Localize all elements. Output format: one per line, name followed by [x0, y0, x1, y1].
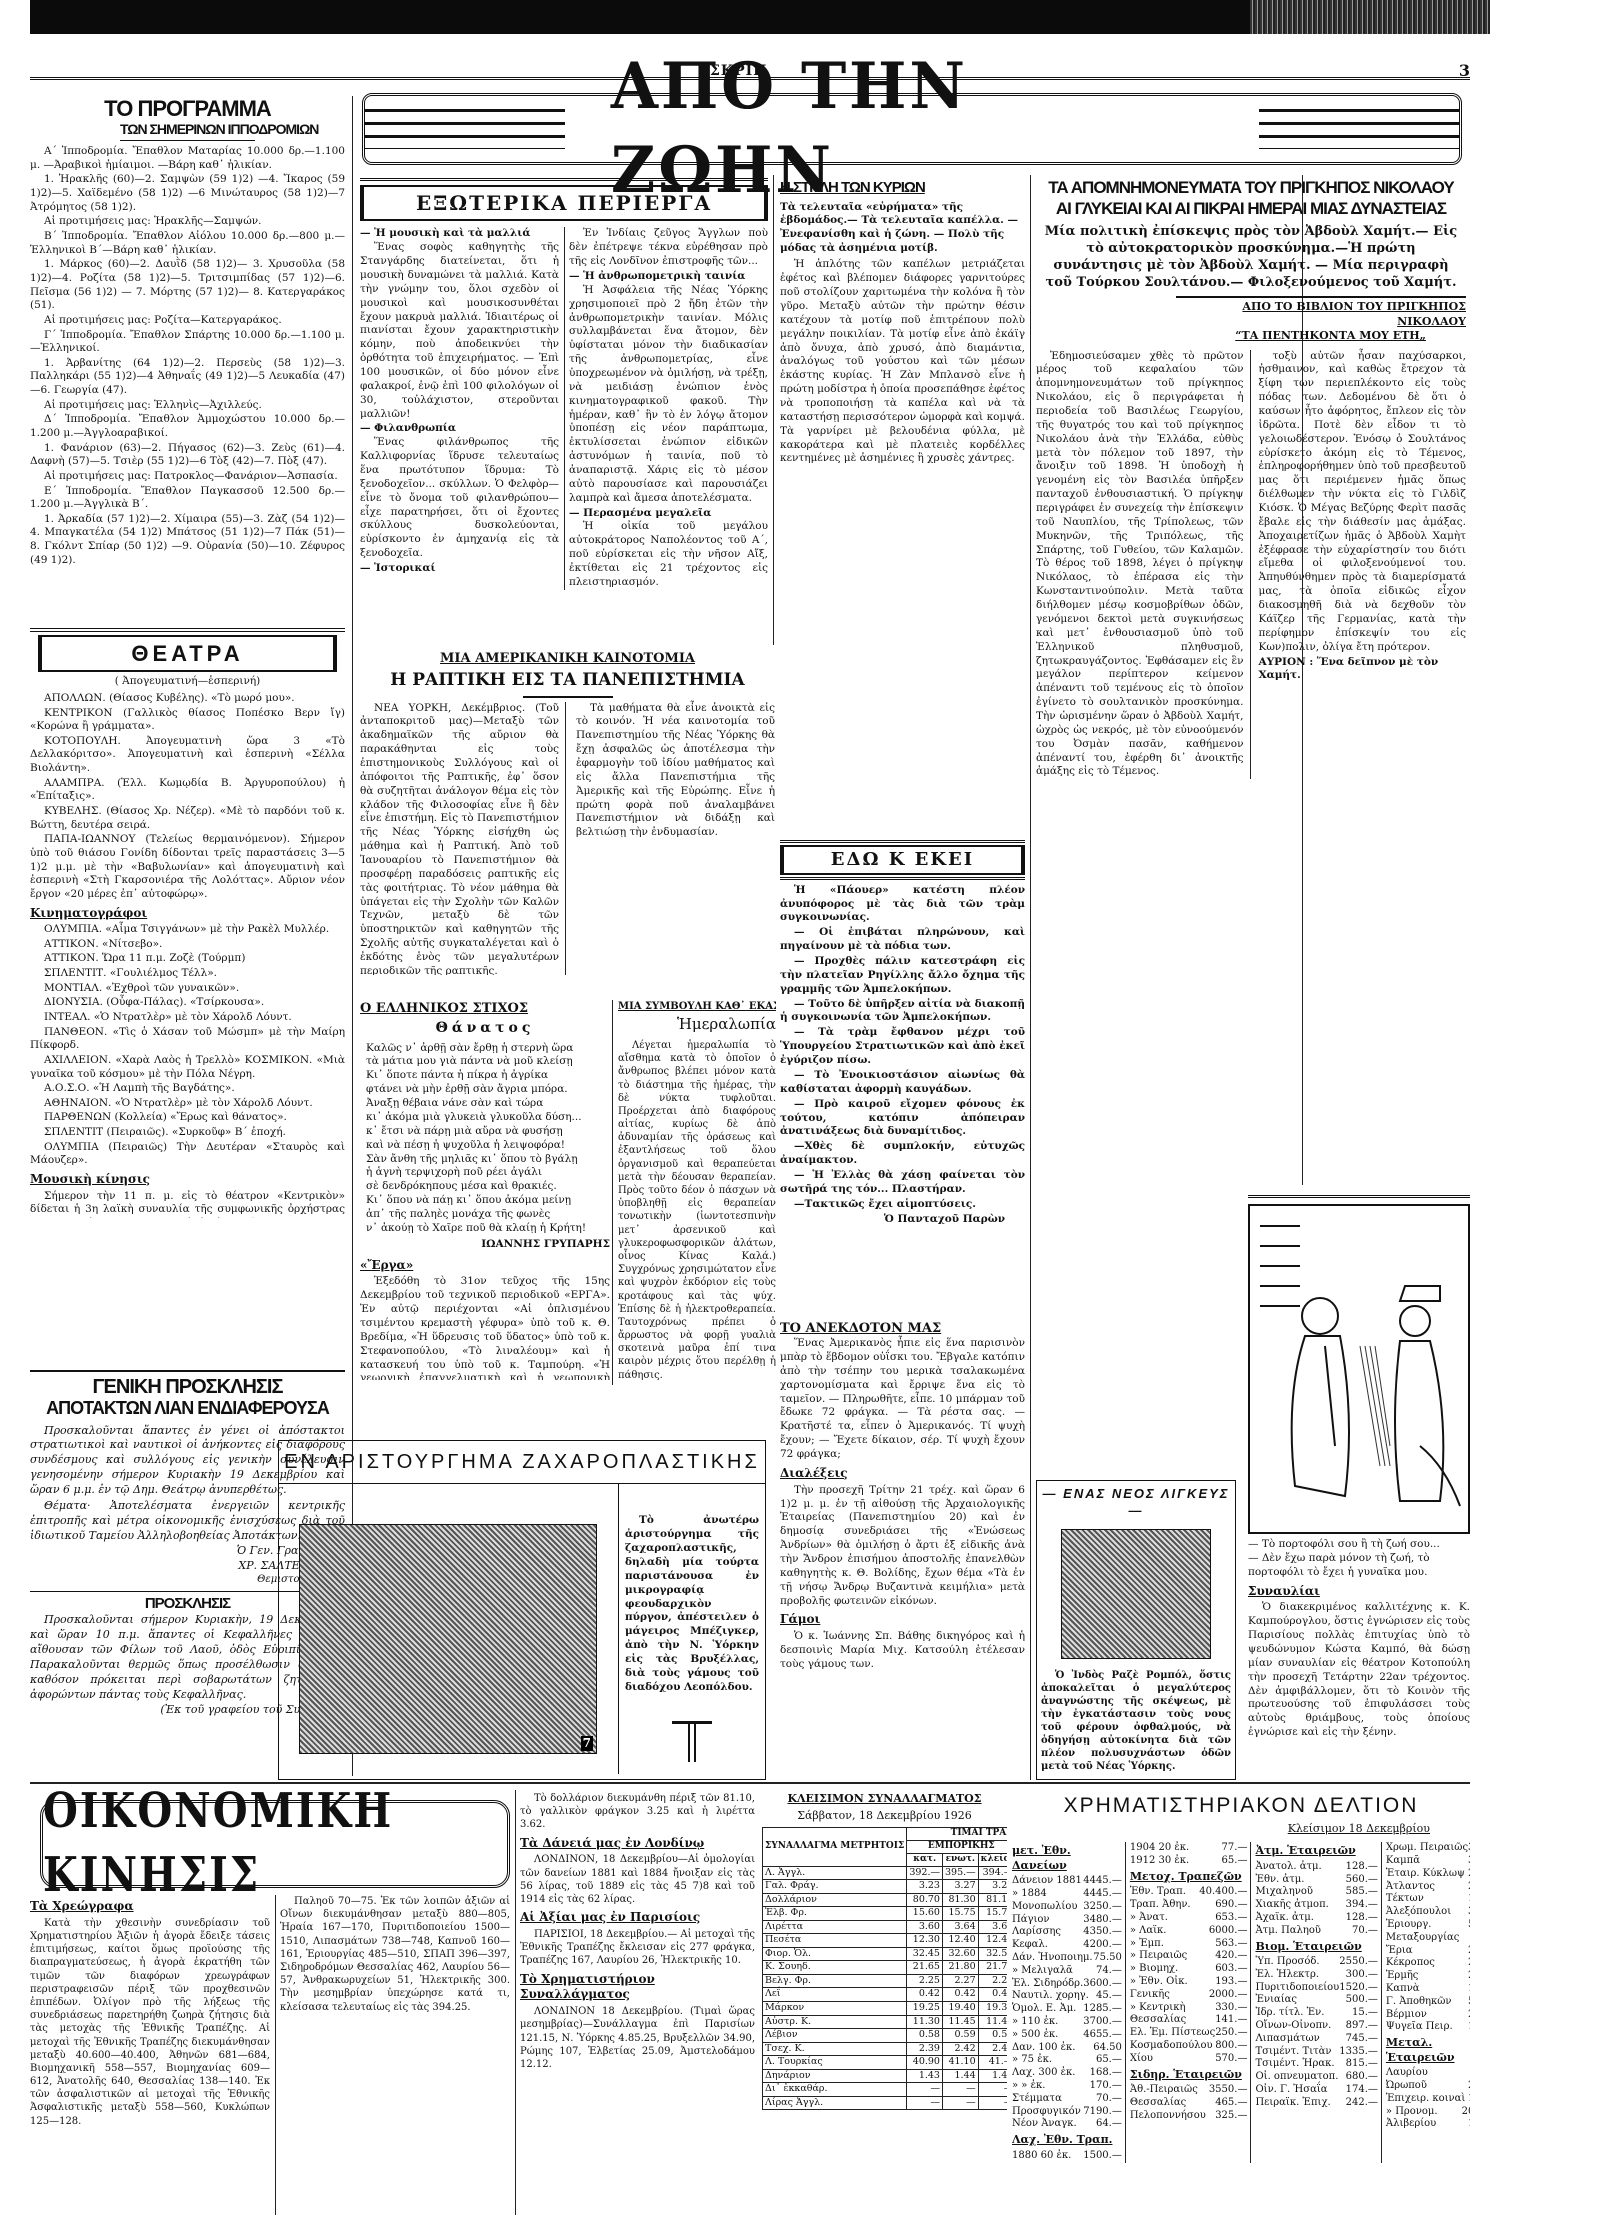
stock-name: Μεταξουργίας [1386, 1932, 1459, 1945]
stock-name: Χιακῆς ἀτμοπ. [1255, 1899, 1328, 1912]
fx-row: Λεΐ0.420.420.420.400.41 [763, 1988, 1008, 2002]
fx-cell: 11.45 [942, 2015, 978, 2029]
fx-date: Σάββατον, 18 Δεκεμβρίου 1926 [762, 1809, 1007, 1824]
fx-col-header: κατ. [907, 1853, 943, 1866]
fx-row: Φιορ. Ὁλ.32.4532.6032.5532.1432.36 [763, 1947, 1008, 1961]
stock-price: 250.— [1215, 2027, 1247, 2040]
curiosity-text: Ἐν Ἰνδίαις ζεῦγος Ἄγγλων ποὺ δὲν ἐπέτρεψ… [569, 227, 768, 269]
stock-price: 141.— [1215, 2014, 1247, 2027]
race-paragraph: 1. Μάρκος (60)—2. Δαυῒδ (58 1)2)— 3. Χρυ… [30, 258, 345, 313]
cinema-entry: ΟΛΥΜΠΙΑ. «Αἷμα Τσιγγάνων» μὲ τὴν Ρακὲλ Μ… [30, 923, 345, 937]
theatres-column: ΘΕΑΤΡΑ ( Ἀπογευματινή—ἑσπερινή) ΑΠΟΛΛΩΝ.… [30, 628, 345, 1218]
stock-name: Κέκροπος [1386, 1957, 1435, 1970]
stock-row: Μιχαληνοῦ585.— [1255, 1886, 1377, 1899]
stock-price: 343.— [1468, 1842, 1470, 1855]
stock-row: » Μελιγαλᾶ74.— [1012, 1965, 1122, 1978]
stock-name: Μιχαληνοῦ [1255, 1886, 1312, 1899]
stock-name: Ὑπ. Προσόδ. [1255, 1956, 1319, 1969]
stock-price: 570.— [1215, 2053, 1247, 2066]
music-header: Μουσικὴ κίνησις [30, 1172, 345, 1188]
memoirs-text-col2: τοξὺ αὐτῶν ἦσαν παχύσαρκοι, ἠσθμαινον, κ… [1259, 350, 1467, 655]
fx-cell: 0.58 [907, 2029, 943, 2043]
stock-group-header: Λαχ. Ἐθν. Τραπ. [1012, 2133, 1122, 2148]
stock-name: Γ. Ἀποθηκῶν [1386, 1996, 1452, 2009]
sewing-kicker: ΜΙΑ ΑΜΕΡΙΚΑΝΙΚΗ ΚΑΙΝΟΤΟΜΙΑ [360, 650, 775, 667]
stock-name: Ἀτλαντος [1386, 1881, 1435, 1894]
poem-author: ΙΩΑΝΝΗΣ ΓΡΥΠΑΡΗΣ [366, 1238, 610, 1252]
stock-name: » 1884 [1012, 1888, 1047, 1901]
stock-price: 65.— [1222, 1855, 1248, 1868]
stock-row: Ἀθ.-Πειραιῶς3550.— [1130, 2084, 1248, 2097]
banner-rule-right [1259, 109, 1459, 149]
stock-price: 168.— [1090, 2067, 1122, 2080]
stock-row: Ὁμολ. Ε. Ἀμ.1285.— [1012, 2003, 1122, 2016]
bonds-header: Τὰ Χρεώγραφα [30, 1899, 270, 1915]
stock-row: Λαυρίου57.— [1386, 2067, 1470, 2080]
stock-name: Λαυρίου [1386, 2067, 1428, 2080]
lynceus-text: Ὁ Ἰνδὸς Ραζὲ Ρομπόλ, ὅστις ἀποκαλεῖται ὁ… [1041, 1669, 1231, 1773]
stock-row: Ἐθν. Τραπ.40.400.— [1130, 1886, 1248, 1899]
stock-name: Δάνειον 1881 [1012, 1875, 1082, 1888]
memoirs-title: ΤΑ ΑΠΟΜΝΗΜΟΝΕΥΜΑΤΑ ΤΟΥ ΠΡΙΓΚΗΠΟΣ ΝΙΚΟΛΑΟ… [1036, 178, 1466, 198]
poem-line: κ᾽ ἔτσι νὰ πάρῃ μιὰ αὔρα νὰ φυσήσῃ [366, 1125, 610, 1139]
fx-cell: 2.42 [942, 2042, 978, 2056]
stock-name: Λιπασμάτων [1255, 2033, 1319, 2046]
fx-cell: 2.39 [907, 2042, 943, 2056]
stock-price: 70.— [1352, 1925, 1378, 1938]
stock-price: 210.— [1468, 1945, 1470, 1958]
fx-cell: Βελγ. Φρ. [763, 1974, 907, 1988]
stock-name: Προσφυγικόν [1012, 2106, 1081, 2119]
fx-cell: Αὐστρ. Κ. [763, 2015, 907, 2029]
stock-row: Ὑπ. Προσόδ.2550.— [1255, 1956, 1377, 1969]
stock-price: 465.— [1215, 2097, 1247, 2110]
stock-price: 3250.— [1083, 1901, 1122, 1914]
here-there-line: — Οἱ ἐπιβάται πληρώνουν, καὶ πηγαίνουν μ… [780, 926, 1025, 954]
stock-row: Οἰν. Γ. Ἠσαΐα174.— [1255, 2084, 1377, 2097]
stock-price: 146.— [1468, 2118, 1470, 2131]
fx-cell: Λέβιον [763, 2029, 907, 2043]
stock-name: » Ἐθν. Οἰκ. [1130, 1976, 1188, 1989]
stock-name: Χίου [1130, 2053, 1153, 2066]
economy-banner: ΟΙΚΟΝΟΜΙΚΗ ΚΙΝΗΣΙΣ [40, 1800, 510, 1888]
fx-table: ΣΥΝΑΛΛΑΓΜΑ ΜΕΤΡΗΤΟΙΣ ΤΙΜΑΙ ΤΡΑΠΕΖΩΝ ΕΜΠΟ… [762, 1827, 1007, 2110]
poem-line: Σὰν ἄνθη τῆς μηλιᾶς κι᾽ ὅπου τὸ βγάλῃ [366, 1153, 610, 1167]
stock-name: Λαχ. 300 ἐκ. [1012, 2067, 1075, 2080]
cartoon-section: — Τὸ πορτοφόλι σου ἢ τὴ ζωή σου... — Δὲν… [1248, 1195, 1470, 1780]
currency-exchange-header: Τὸ Χρηματιστήριον Συναλλάγματος [520, 1972, 755, 2004]
fx-cell: 0.42 [907, 1988, 943, 2002]
stock-row: Πειραϊκ. Ἐπιχ.242.— [1255, 2097, 1377, 2110]
fx-cell: 12.40 [978, 1934, 1007, 1948]
stock-row: Ἐπιχειρ. κοιναὶ111.— [1386, 2093, 1470, 2106]
stock-price: 70.— [1096, 2093, 1122, 2106]
stock-price: 680.— [1346, 2071, 1378, 2084]
stock-price: 1520.— [1339, 1982, 1378, 1995]
fx-cell: Γαλ. Φράγ. [763, 1880, 907, 1894]
stock-row: Ἀνατολ. ἀτμ.128.— [1255, 1861, 1377, 1874]
stock-name: Οἰν. Γ. Ἠσαΐα [1255, 2084, 1327, 2097]
fx-cell: Μάρκον [763, 2001, 907, 2015]
stock-row: 1904 20 ἐκ.77.— [1130, 1842, 1248, 1855]
stock-price: 1335.— [1339, 2046, 1378, 2059]
anecdote-text: Ἕνας Ἀμερικανὸς ἦπιε εἰς ἕνα παρισινὸν μ… [780, 1337, 1025, 1462]
cinema-entry: ΣΠΛΕΝΤΙΤ (Πειραιῶς). «Συρκοῦφ» Β΄ ἐποχή. [30, 1126, 345, 1140]
theatres-subtitle: ( Ἀπογευματινή—ἑσπερινή) [30, 675, 345, 689]
stock-price: 128.— [1346, 1912, 1378, 1925]
page-number: 3 [1459, 60, 1470, 81]
stock-row: » Ἐμπ.563.— [1130, 1938, 1248, 1951]
stock-row: » Λαϊκ.6000.— [1130, 1925, 1248, 1938]
stock-row: Πελοποννήσου325.— [1130, 2110, 1248, 2123]
stock-name: Δάν. Ἡνοποιημ. [1012, 1952, 1093, 1965]
sewing-text-col1: ΝΕΑ ΥΟΡΚΗ, Δεκέμβριος. (Τοῦ ἀνταποκριτοῦ… [360, 702, 566, 975]
fx-cell: 394.— [978, 1866, 1007, 1880]
poem-line: κι᾽ ἀκόμα μιὰ γλυκειὰ γλυκοῦλα δύση... [366, 1111, 610, 1125]
curiosity-title: — Ἡ μουσικὴ καὶ τὰ μαλλιά [360, 227, 559, 241]
column-rule [1030, 175, 1031, 1780]
stock-row: Κεφαλ.4200.— [1012, 1939, 1122, 1952]
theatre-entry: ΠΑΠΑ-ΙΩΑΝΝΟΥ (Τελείως θερμαινόμενον). Σή… [30, 833, 345, 901]
race-paragraph: Αἱ προτιμήσεις μας: Ἑλληνὶς—Ἀχιλλεύς. [30, 399, 345, 413]
stock-price: 75.50 [1093, 1952, 1122, 1965]
fx-row: Κ. Σουηδ.21.6521.8021.7521.4821.64 [763, 1961, 1008, 1975]
fx-row: Ἑλβ. Φρ.15.6015.7515.7015.5415.67 [763, 1907, 1008, 1921]
stock-name: Γενικῆς [1130, 1989, 1170, 2002]
fx-row: Πεσέτα12.3012.4012.4012.2412.35 [763, 1934, 1008, 1948]
stock-name: Πάγιον [1012, 1914, 1049, 1927]
stock-price: 3600.— [1083, 1978, 1122, 1991]
stock-price: 7190.— [1083, 2106, 1122, 2119]
fx-row: Λιρέττα3.603.643.623.583.60 [763, 1920, 1008, 1934]
stock-row: Λιπασμάτων745.— [1255, 2033, 1377, 2046]
fx-cell: 1.44 [942, 2069, 978, 2083]
stock-row: » Πειραιῶς420.— [1130, 1950, 1248, 1963]
fx-cell: 12.40 [942, 1934, 978, 1948]
stock-price: 225.— [1468, 1957, 1470, 1970]
stock-price: 500.— [1468, 1996, 1470, 2009]
stock-row: Χίου570.— [1130, 2053, 1248, 2066]
stock-price: 300.— [1346, 1969, 1378, 1982]
stock-price: 158.— [1468, 1983, 1470, 1996]
concerts-header: Συναυλίαι [1248, 1584, 1470, 1600]
london-text: ΛΟΝΔΙΝΟΝ, 18 Δεκεμβρίου—Αἱ ὁμολογίαι τῶν… [520, 1853, 755, 1906]
cinema-entry: ΑΤΤΙΚΟΝ. Ὥρα 11 π.μ. Ζοζὲ (Τούρμπ) [30, 952, 345, 966]
theatre-entry: ΚΕΝΤΡΙΚΟΝ (Γαλλικὸς θίασος Ποπέσκο Βερν … [30, 707, 345, 734]
advice-title: Ἡμεραλωπία [618, 1015, 776, 1035]
theatre-entry: ΚΥΒΕΛΗΣ. (Θίασος Χρ. Νέζερ). «Μὲ τὸ παρδ… [30, 805, 345, 832]
stock-price: 603.— [1215, 1963, 1247, 1976]
stock-name: » Ἐμπ. [1130, 1938, 1164, 1951]
stock-row: Δάνειον 18814445.— [1012, 1875, 1122, 1888]
stock-name: Ἀλεξόπουλοι [1386, 1906, 1451, 1919]
stock-row: » Κεντρικὴ330.— [1130, 2002, 1248, 2015]
stock-price: 745.— [1346, 2033, 1378, 2046]
stock-group-header: Βιομ. Ἑταιρειῶν [1255, 1940, 1377, 1955]
stock-name: Πελοποννήσου [1130, 2110, 1206, 2123]
stock-price: 653.— [1215, 1912, 1247, 1925]
stock-row: Ἐλ. Ἠλεκτρ.300.— [1255, 1969, 1377, 1982]
curiosity-text: Ἕνας σοφὸς καθηγητὴς τῆς Στανγάρδης διατ… [360, 241, 559, 421]
fx-cell: 1.44 [978, 2069, 1007, 2083]
stock-col-4: Χρωμ. Πειραιῶς343.—Καμπᾶ346.—Ἑταιρ. Κύκλ… [1386, 1842, 1470, 2162]
races-title: ΤΟ ΠΡΟΓΡΑΜΜΑ [30, 98, 345, 120]
verse-header: Ο ΕΛΛΗΝΙΚΟΣ ΣΤΙΧΟΣ [360, 1000, 610, 1017]
fx-cell: Τσεχ. Κ. [763, 2042, 907, 2056]
races-subtitle: ΤΩΝ ΣΗΜΕΡΙΝΩΝ ΙΠΠΟΔΡΟΜΙΩΝ [120, 120, 255, 141]
stock-name: Πυριτιδοποιείου [1255, 1982, 1339, 1995]
stock-name: Οἴνων-Οἰνοπν. [1255, 2020, 1331, 2033]
fx-cell: Δολλάριον [763, 1893, 907, 1907]
weddings-header: Γάμοι [780, 1612, 1025, 1628]
column-rule [515, 1790, 516, 2215]
fx-cell: 2.27 [978, 1974, 1007, 1988]
stock-row: Θεσσαλίας141.— [1130, 2014, 1248, 2027]
fx-cell: Φιορ. Ὁλ. [763, 1947, 907, 1961]
stock-price: 265.— [1468, 1881, 1470, 1894]
memoirs-deck: Μία πολιτικὴ ἐπίσκεψις πρὸς τὸν Ἀβδοὺλ Χ… [1044, 224, 1458, 292]
stock-name: Ἐλ. Σιδηρόδρ. [1012, 1978, 1083, 1991]
sewing-article: ΜΙΑ ΑΜΕΡΙΚΑΝΙΚΗ ΚΑΙΝΟΤΟΜΙΑ Η ΡΑΠΤΙΚΗ ΕΙΣ… [360, 650, 775, 975]
poem-line: Κι᾽ ὅποτε πάντα ἡ πίκρα ἡ ἀγρίκα [366, 1069, 610, 1083]
fx-row: Δι᾽ ἐκκαθάρ.————— [763, 2083, 1008, 2097]
stock-price: 500.— [1346, 1994, 1378, 2007]
race-paragraph: Αἱ προτιμήσεις μας: Ροζίτα—Κατεργαράκος. [30, 314, 345, 328]
race-paragraph: 1. Ἀρκαδία (57 1)2)—2. Χίμαιρα (55)—3. Ζ… [30, 513, 345, 568]
stock-name: 1912 30 ἐκ. [1130, 1855, 1189, 1868]
stock-price: 77.— [1222, 1842, 1248, 1855]
works-text: Ἐξεδόθη τὸ 31ον τεῦχος τῆς 15ης Δεκεμβρί… [360, 1275, 610, 1380]
stock-name: Οἰ. οπνευματοπ. [1255, 2071, 1338, 2084]
fx-cell: 15.75 [942, 1907, 978, 1921]
stock-closing: Κλείσιμον 18 Δεκεμβρίου [1012, 1822, 1430, 1837]
fx-cell: 15.60 [907, 1907, 943, 1921]
here-there-line: — Προχθὲς πάλιν κατεστράφη εἰς τὴν πλατε… [780, 955, 1025, 997]
race-paragraph: Α΄ Ἱπποδρομία. Ἔπαθλον Ματαρίας 10.000 δ… [30, 145, 345, 172]
robber-cartoon-icon [1250, 1206, 1468, 1532]
cinema-header: Κινηματογράφοι [30, 906, 345, 922]
fx-row: Αὐστρ. Κ.11.3011.4511.4011.3211.44 [763, 2015, 1008, 2029]
curiosity-text: Ἡ οἰκία τοῦ μεγάλου αὐτοκράτορος Ναπολέο… [569, 520, 768, 589]
stock-row: » » ἐκ.170.— [1012, 2080, 1122, 2093]
stock-price: 4200.— [1083, 1939, 1122, 1952]
stock-name: » » ἐκ. [1012, 2080, 1045, 2093]
stock-name: Τσιμέντ. Τιτὰν [1255, 2046, 1331, 2059]
fx-cell: Λ. Τουρκίας [763, 2056, 907, 2070]
fx-row: Βελγ. Φρ.2.252.272.272.232.25 [763, 1974, 1008, 1988]
stock-name: Στέμματα [1012, 2093, 1062, 2106]
stock-name: Ἐπιχειρ. κοιναὶ [1386, 2093, 1465, 2106]
economy-col2-text: Παληοῦ 70—75. Ἐκ τῶν λοιπῶν ἀξιῶν αἱ Οἴν… [280, 1895, 510, 2014]
stock-name: » Λαϊκ. [1130, 1925, 1167, 1938]
poem-line: Ἀναξῃ θέβαια νάνε σὰν καὶ τώρα [366, 1097, 610, 1111]
fx-cell: 2.25 [907, 1974, 943, 1988]
fx-cell: 32.60 [942, 1947, 978, 1961]
here-there-signature: Ὁ Πανταχοῦ Παρὼν [780, 1213, 1005, 1227]
stock-name: » Πειραιῶς [1130, 1950, 1187, 1963]
here-there-header: ΕΔΩ Κ ΕΚΕΙ [780, 845, 1025, 875]
fx-cell: 81.10 [978, 1893, 1007, 1907]
fx-cell: 3.27 [942, 1880, 978, 1894]
stock-name: Καμπᾶ [1386, 1855, 1420, 1868]
stock-name: Ἐθν. ἀτμ. [1255, 1874, 1304, 1887]
lectures-text: Τὴν προσεχῆ Τρίτην 21 τρέχ. καὶ ὥραν 6 1… [780, 1484, 1025, 1609]
here-there-line: — Τοῦτο δὲ ὑπῆρξεν αἰτία νὰ διακοπῇ ἡ συ… [780, 998, 1025, 1026]
lynceus-photo [1061, 1529, 1211, 1659]
cake-feature: ΕΝ ΑΡΙΣΤΟΥΡΓΗΜΑ ΖΑΧΑΡΟΠΛΑΣΤΙΚΗΣ 7 Τὸ ἀνω… [278, 1440, 766, 1780]
london-header: Τὰ Δάνειά μας ἐν Λονδίνῳ [520, 1836, 755, 1852]
stock-row: » 110 ἐκ.3700.— [1012, 2016, 1122, 2029]
stock-row: » 18844445.— [1012, 1888, 1122, 1901]
fx-cell: Ἑλβ. Φρ. [763, 1907, 907, 1921]
curiosity-title: — Ἡ ἀνθρωπομετρικὴ ταινία [569, 270, 768, 284]
stock-row: Στέμματα70.— [1012, 2093, 1122, 2106]
column-rule [275, 1895, 276, 2215]
stock-name: 1904 20 ἐκ. [1130, 1842, 1189, 1855]
fx-cell: 32.55 [978, 1947, 1007, 1961]
poem-line: Καλῶς ν᾽ ἀρθῇ σὰν ἔρθῃ ἡ στερνὴ ὥρα [366, 1042, 610, 1056]
stock-price: 505.— [1468, 1919, 1470, 1932]
stock-row: Ἀτμ. Παληοῦ70.— [1255, 1925, 1377, 1938]
cinema-entry: ΑΘΗΝΑΙΟΝ. «Ὁ Ντρατλὲρ» μὲ τὸν Χάρολδ Λόυ… [30, 1097, 345, 1111]
stock-col-2: 1904 20 ἐκ.77.—1912 30 ἐκ.65.— Μετοχ. Τρ… [1130, 1842, 1252, 2162]
fx-cell: 81.30 [942, 1893, 978, 1907]
stock-price: 330.— [1215, 2002, 1247, 2015]
fx-cell: Λ. Ἀγγλ. [763, 1866, 907, 1880]
cake-caption: Τὸ ἀνωτέρω ἀριστούργημα τῆς ζαχαροπλαστι… [625, 1514, 759, 1694]
stock-name: » 75 ἐκ. [1012, 2054, 1052, 2067]
theatre-entry: ΚΟΤΟΠΟΥΛΗ. Ἀπογευματινὴ ὥρα 3 «Τὸ Δελλακ… [30, 735, 345, 776]
memoirs-subtitle: ΑΙ ΓΛΥΚΕΙΑΙ ΚΑΙ ΑΙ ΠΙΚΡΑΙ ΗΜΕΡΑΙ ΜΙΑΣ ΔΥ… [1036, 198, 1466, 220]
memoirs-book-title: “ΤΑ ΠΕΝΤΗΚΟΝΤΑ ΜΟΥ ΕΤΗ„ [1036, 329, 1426, 344]
stock-row: Τέκτων192.— [1386, 1893, 1470, 1906]
race-paragraph: 1. Φανάριον (63)—2. Πήγασος (62)—3. Ζεὺς… [30, 442, 345, 469]
stock-price: 420.— [1215, 1950, 1247, 1963]
stock-price: 300.— [1468, 1906, 1470, 1919]
stock-name: Τραπ. Ἀθην. [1130, 1899, 1191, 1912]
stock-row: Κοσμαδοπούλου800.— [1130, 2040, 1248, 2053]
stock-price: 394.— [1346, 1899, 1378, 1912]
economy-col2: Παληοῦ 70—75. Ἐκ τῶν λοιπῶν ἀξιῶν αἱ Οἴν… [280, 1895, 510, 2215]
fx-cell: Πεσέτα [763, 1934, 907, 1948]
fx-row: Γαλ. Φράγ.3.233.273.263.223.24 [763, 1880, 1008, 1894]
stock-name: Ψυγεῖα Πειρ. [1386, 2021, 1453, 2034]
stock-row: Ἐλ. Σιδηρόδρ.3600.— [1012, 1978, 1122, 1991]
stock-price: 192.— [1468, 1893, 1470, 1906]
stock-name: Ἐρμῆς [1386, 1970, 1419, 1983]
fx-header-currency: ΣΥΝΑΛΛΑΓΜΑ ΜΕΤΡΗΤΟΙΣ [763, 1828, 907, 1867]
fx-cell: 0.42 [942, 1988, 978, 2002]
fx-cell: 80.70 [907, 1893, 943, 1907]
stock-price: 193.— [1215, 1976, 1247, 1989]
anecdote-column: ΤΟ ΑΝΕΚΔΟΤΟΝ ΜΑΣ Ἕνας Ἀμερικανὸς ἦπιε εἰ… [780, 1320, 1025, 1780]
fx-cell: — [942, 2083, 978, 2097]
fx-cell: 32.45 [907, 1947, 943, 1961]
stock-name: Θεσσαλίας [1130, 2097, 1186, 2110]
stock-row: 1912 30 ἐκ.65.— [1130, 1855, 1248, 1868]
fx-cell: 21.80 [942, 1961, 978, 1975]
stock-name: Νέον Ἀναγκ. [1012, 2118, 1077, 2131]
ladies-lead: Τὰ τελευταῖα «εὑρήματα» τῆς ἑβδομάδος.— … [780, 201, 1025, 256]
stock-price: 4350.— [1083, 1926, 1122, 1939]
stock-name: Ἐθν. Τραπ. [1130, 1886, 1186, 1899]
cinema-entry: Α.Ο.Σ.Ο. «Ἡ Λαμπὴ τῆς Βαγδάτης». [30, 1082, 345, 1096]
cinema-entry: ΑΧΙΛΛΕΙΟΝ. «Χαρὰ Λαὸς ἡ Τρελλὸ» ΚΟΣΜΙΚΟΝ… [30, 1054, 345, 1081]
race-paragraph: Γ΄ Ἱπποδρομία. Ἔπαθλον Σπάρτης 10.000 δρ… [30, 329, 345, 356]
stock-price: 4445.— [1083, 1875, 1122, 1888]
stock-row: Δαν. 100 ἐκ.64.50 [1012, 2042, 1122, 2055]
fx-cell: 11.30 [907, 2015, 943, 2029]
fx-cell: 12.30 [907, 1934, 943, 1948]
stock-price: 4655.— [1083, 2029, 1122, 2042]
fx-cell: — [978, 2096, 1007, 2110]
scan-border [30, 0, 1490, 34]
stock-name: » Κεντρικὴ [1130, 2002, 1186, 2015]
fx-cell: Δηνάριον [763, 2069, 907, 2083]
poem-line: ἡ ἁγνὴ τερψιχορὴ ποῦ ρέει ἀγάλι [366, 1166, 610, 1180]
invitation-title: ΓΕΝΙΚΗ ΠΡΟΣΚΛΗΣΙΣ [30, 1376, 345, 1398]
stock-price: 295.— [1468, 1970, 1470, 1983]
stock-row: Νέον Ἀναγκ.64.— [1012, 2118, 1122, 2131]
stock-group-header: Ἀτμ. Ἑταιρειῶν [1255, 1844, 1377, 1859]
fx-cell: — [942, 2096, 978, 2110]
stock-name: Ελ. Ἐμ. Πίστεως [1130, 2027, 1215, 2040]
concerts-text: Ὁ διακεκριμένος καλλιτέχνης κ. Κ. Καμπού… [1248, 1601, 1470, 1740]
memoirs-tomorrow: ΑΥΡΙΟΝ : Ἕνα δεῖπνον μὲ τὸν Χαμήτ. [1259, 656, 1467, 684]
fx-cell: Δι᾽ ἐκκαθάρ. [763, 2083, 907, 2097]
invitation-subtitle: ΑΠΟΤΑΚΤΩΝ ΛΙΑΝ ΕΝΔΙΑΦΕΡΟΥΣΑ [30, 1398, 345, 1420]
stock-price: 65.— [1096, 2054, 1122, 2067]
stock-col-1: μετ. Ἐθν. Δανείων Δάνειον 18814445.—» 18… [1012, 1842, 1126, 2162]
stock-row: » Ἀνατ.653.— [1130, 1912, 1248, 1925]
stock-row: Ναυτιλ. χορηγ.45.— [1012, 1990, 1122, 2003]
stock-name: Κεφαλ. [1012, 1939, 1048, 1952]
fx-cell: 1.43 [907, 2069, 943, 2083]
stock-row: Βέρμιον275.— [1386, 2009, 1470, 2022]
stock-name: Ἔρια [1386, 1945, 1413, 1958]
stock-row: Οἴνων-Οἰνοπν.897.— [1255, 2020, 1377, 2033]
race-paragraph: 1. Ἡρακλῆς (60)—2. Σαμψὼν (59 1)2) —4. Ἴ… [30, 173, 345, 214]
memoirs-source: ΑΠΟ ΤΟ ΒΙΒΛΙΟΝ ΤΟΥ ΠΡΙΓΚΗΠΟΣ ΝΙΚΟΛΑΟΥ [1176, 296, 1466, 329]
stock-row: Ἀλιβερίου146.— [1386, 2118, 1470, 2131]
theatres-header: ΘΕΑΤΡΑ [38, 635, 337, 672]
race-paragraph: Αἱ προτιμήσεις μας: Ἡρακλῆς—Σαμψών. [30, 215, 345, 229]
lynceus-header: — ΕΝΑΣ ΝΕΟΣ ΛΙΓΚΕΥΣ — [1041, 1485, 1231, 1519]
stock-price: 74.— [1096, 1965, 1122, 1978]
stock-row: Πυριτιδοποιείου1520.— [1255, 1982, 1377, 1995]
economy-bonds: Τὰ Χρεώγραφα Κατὰ τὴν χθεσινὴν συνεδρίασ… [30, 1895, 270, 2215]
curiosity-title: — Περασμένα μεγαλεῖα [569, 507, 768, 521]
stock-row: Γ. Ἀποθηκῶν500.— [1386, 1996, 1470, 2009]
stock-name: 1880 60 ἐκ. [1012, 2150, 1071, 2163]
fx-cell: 21.75 [978, 1961, 1007, 1975]
stock-name: Ἐλ. Ἠλεκτρ. [1255, 1969, 1319, 1982]
economy-col3: Τὸ δολλάριον διεκυμάνθη πέριξ τῶν 81.10,… [520, 1792, 755, 2217]
stock-group-header: Μεταλ. Ἑταιρειῶν [1386, 2036, 1470, 2065]
fx-row: Μάρκον19.2519.4019.3519.1319.28 [763, 2001, 1008, 2015]
stock-price: 690.— [1215, 1899, 1247, 1912]
cinema-entry: ΜΟΝΤΙΑΛ. «Ἐχθροὶ τῶν γυναικῶν». [30, 982, 345, 996]
stock-group-header: Σιδηρ. Ἑταιρειῶν [1130, 2068, 1248, 2083]
fx-cell: Κ. Σουηδ. [763, 1961, 907, 1975]
stock-row: Οἰ. οπνευματοπ.680.— [1255, 2071, 1377, 2084]
stock-price: 2000.— [1209, 1989, 1248, 2002]
stock-name: Θεσσαλίας [1130, 2014, 1186, 2027]
weddings-text: Ὁ κ. Ἰωάννης Σπ. Βάθης δικηγόρος καὶ ἡ δ… [780, 1630, 1025, 1672]
cake-header: ΕΝ ΑΡΙΣΤΟΥΡΓΗΜΑ ΖΑΧΑΡΟΠΛΑΣΤΙΚΗΣ [279, 1441, 765, 1484]
stock-bulletin: ΧΡΗΜΑΤΙΣΤΗΡΙΑΚΟΝ ΔΕΛΤΙΟΝ Κλείσιμον 18 Δε… [1012, 1792, 1470, 2217]
fx-cell: 0.42 [978, 1988, 1007, 2002]
